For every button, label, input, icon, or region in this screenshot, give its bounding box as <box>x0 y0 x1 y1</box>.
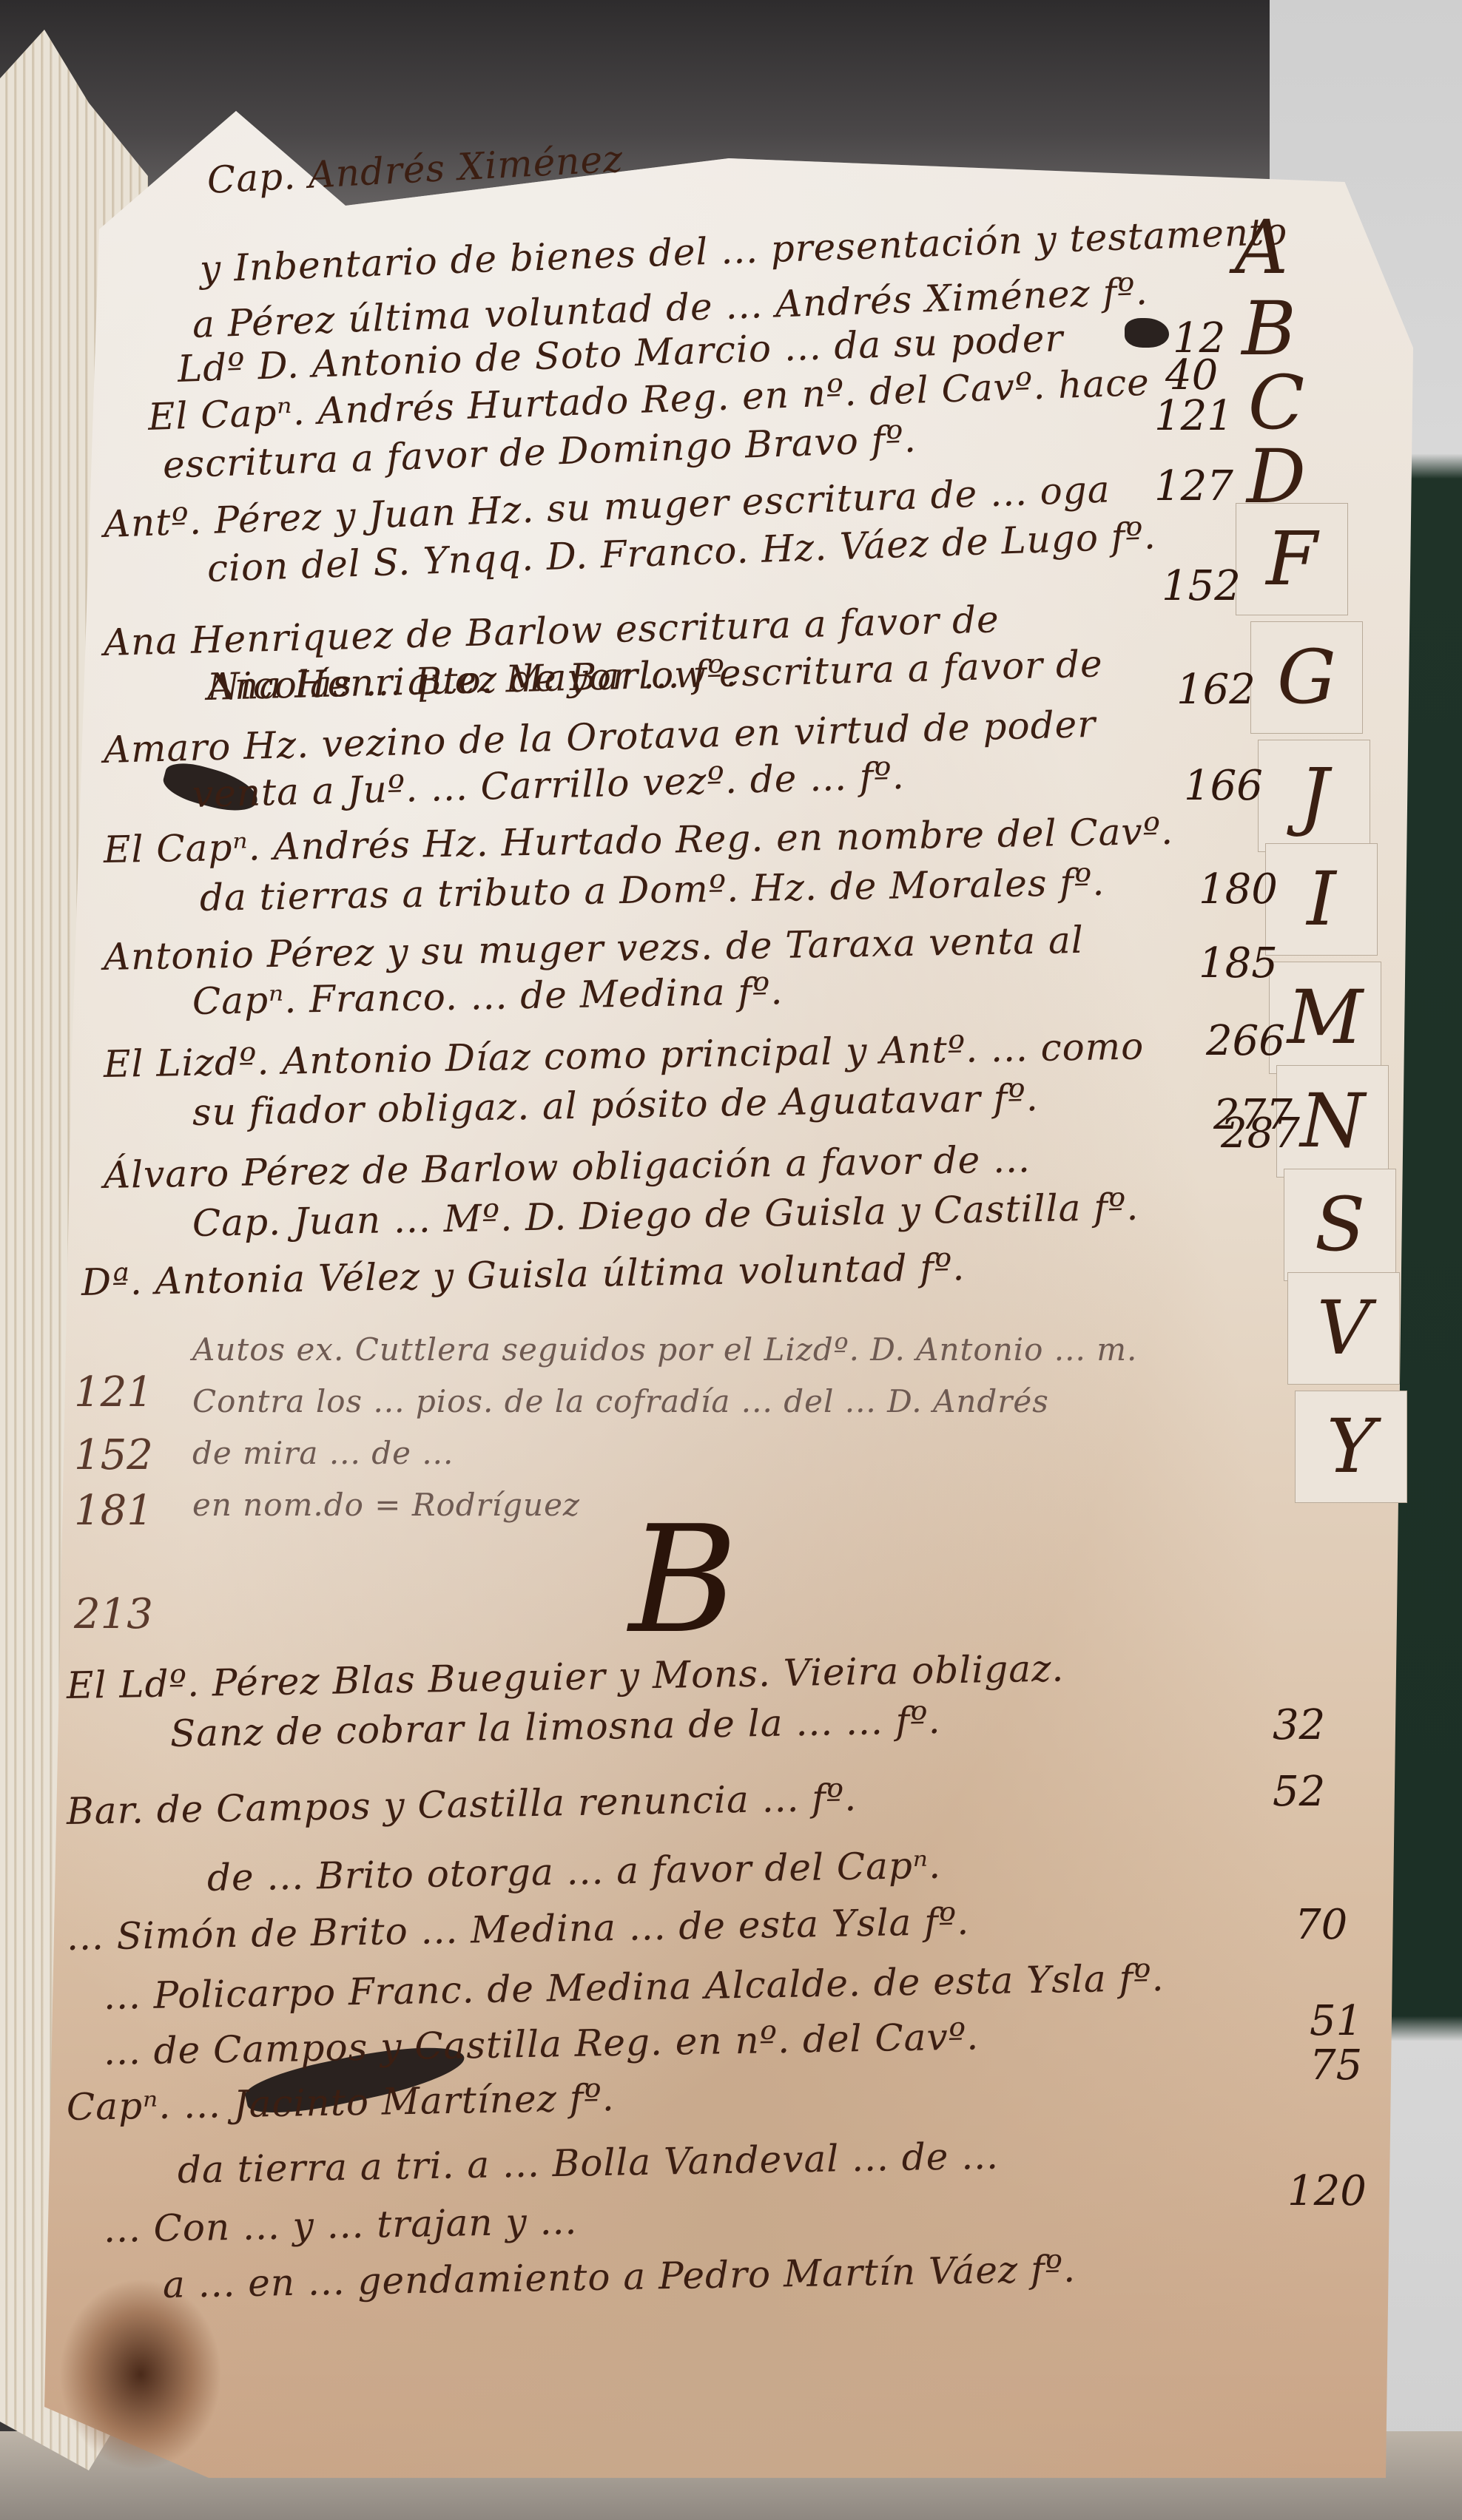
folio-number: 70 <box>1295 1901 1347 1949</box>
entry-line: da tierra a tri. a ... Bolla Vandeval ..… <box>177 2135 999 2192</box>
folio-number: 120 <box>1287 2167 1367 2215</box>
folio-number: 52 <box>1273 1768 1325 1816</box>
entry-line: Capⁿ. ... Jacinto Martínez fº. <box>66 2076 615 2129</box>
entry-line: Bar. de Campos y Castilla renuncia ... f… <box>66 1776 857 1833</box>
entry-line: ... Policarpo Franc. de Medina Alcalde. … <box>103 1956 1164 2018</box>
entry-line: ... Con ... y ... trajan y ... <box>103 2200 577 2251</box>
folio-number: 75 <box>1310 2041 1362 2090</box>
entry-line: Sanz de cobrar la limosna de la ... ... … <box>169 1699 940 1755</box>
entry-line: ... Simón de Brito ... Medina ... de est… <box>66 1900 969 1959</box>
entry-line: de ... Brito otorga ... a favor del Capⁿ… <box>206 1844 941 1899</box>
folio-number: 32 <box>1273 1701 1325 1749</box>
entry-line: ... de Campos y Castilla Reg. en nº. del… <box>103 2015 979 2073</box>
folio-number: 51 <box>1310 1997 1362 2045</box>
entry-line: a ... en ... gendamiento a Pedro Martín … <box>162 2247 1076 2306</box>
section-b-entries: El Ldº. Pérez Blas Bueguier y Mons. Viei… <box>0 0 1462 2520</box>
entry-line: El Ldº. Pérez Blas Bueguier y Mons. Viei… <box>66 1646 1064 1707</box>
